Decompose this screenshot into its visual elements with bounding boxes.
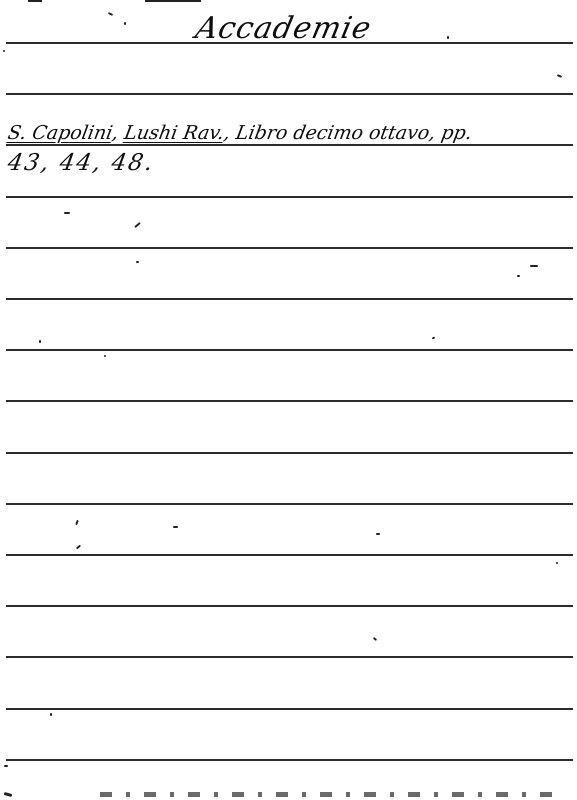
ink-speck <box>432 336 436 339</box>
ink-speck <box>3 50 5 52</box>
ruled-line <box>6 503 573 505</box>
ink-speck <box>376 533 380 535</box>
ruled-line <box>6 452 573 454</box>
entry-pages-prefix: pp. <box>439 122 473 144</box>
ink-speck <box>4 792 13 797</box>
ink-speck <box>104 355 106 357</box>
ruled-line <box>6 298 573 300</box>
ink-speck <box>557 74 562 78</box>
ruled-line <box>6 759 573 761</box>
ink-speck <box>124 22 126 25</box>
ink-speck <box>530 265 538 267</box>
ink-speck <box>136 261 139 263</box>
ruled-line <box>6 144 573 146</box>
entry-author: S. Capolini <box>6 122 114 144</box>
ink-speck <box>556 562 558 564</box>
entry-title: Lushi Rav. <box>123 122 226 144</box>
entry-part: Libro decimo ottavo <box>234 122 431 144</box>
card-heading: Accademie <box>193 14 374 44</box>
ink-speck <box>64 212 70 214</box>
ink-speck <box>173 526 178 528</box>
ruled-line <box>6 605 573 607</box>
ink-speck <box>108 12 113 16</box>
ruled-line <box>6 708 573 710</box>
ruled-line <box>6 349 573 351</box>
ink-speck <box>4 765 8 767</box>
ink-speck <box>373 637 377 641</box>
ruled-line <box>6 554 573 556</box>
bottom-edge-marks <box>100 792 557 797</box>
top-edge-mark <box>28 0 42 2</box>
ink-speck <box>134 222 141 228</box>
ruled-line <box>6 196 573 198</box>
entry-pages: 43, 44, 48. <box>6 150 157 176</box>
ruled-line <box>6 93 573 95</box>
ink-speck <box>75 520 79 525</box>
top-edge-mark <box>145 0 201 2</box>
ink-speck <box>50 713 52 716</box>
ink-speck <box>39 340 41 343</box>
ruled-line <box>6 400 573 402</box>
ink-speck <box>76 545 81 550</box>
ruled-line <box>6 656 573 658</box>
ink-speck <box>517 275 520 277</box>
entry-citation-line: S. Capolini, Lushi Rav., Libro decimo ot… <box>6 122 474 144</box>
ruled-line <box>6 247 573 249</box>
index-card: Accademie S. Capolini, Lushi Rav., Libro… <box>0 0 577 800</box>
ink-speck <box>447 36 449 39</box>
